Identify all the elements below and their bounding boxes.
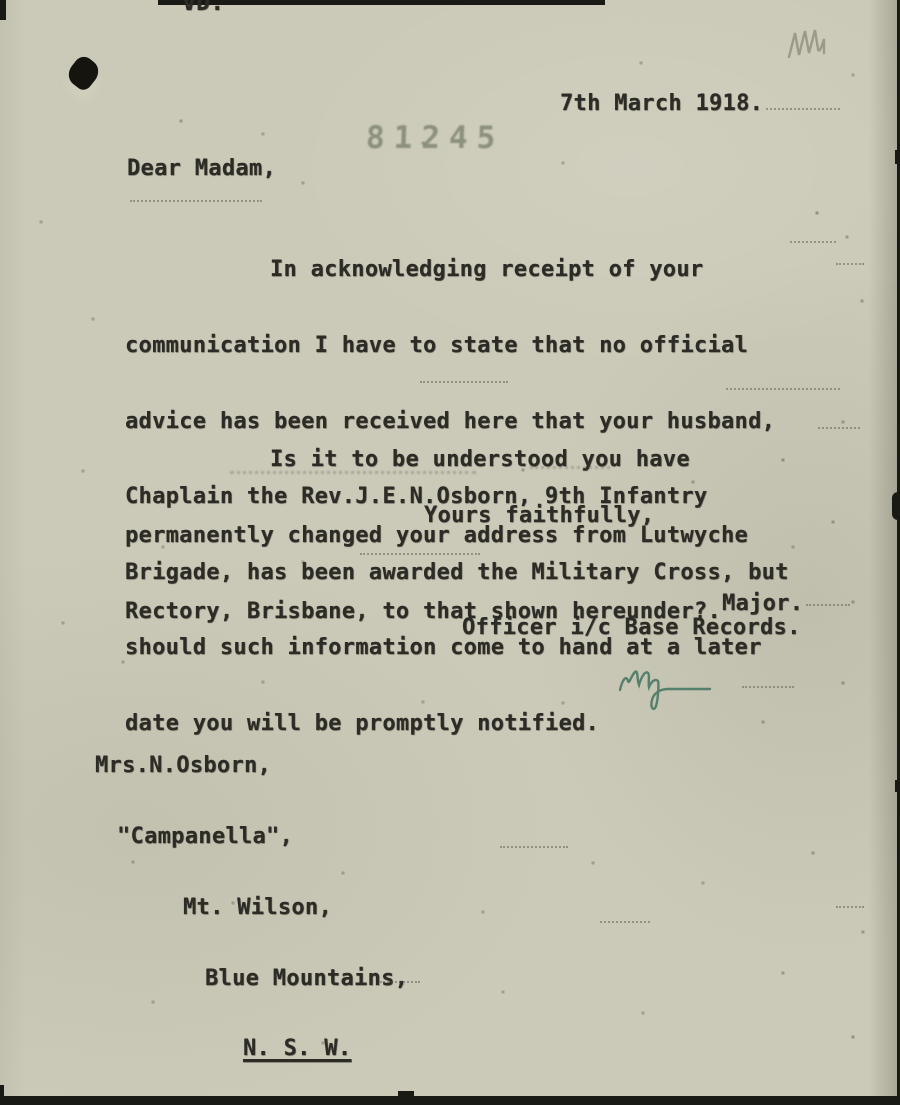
ink-dots-trail-5 (726, 388, 840, 390)
punch-hole-mark (64, 53, 104, 93)
ink-dots-trail-13 (836, 906, 864, 908)
paper-speckles (0, 0, 2, 2)
scan-right-edge-blob (892, 492, 900, 520)
top-margin-mark: VD. (182, 0, 224, 16)
ink-dots-trail-9 (742, 686, 794, 688)
ink-dots-trail-3 (836, 263, 864, 265)
ink-dots-trail-12 (380, 981, 420, 983)
scan-corner-top-left (0, 0, 6, 20)
green-ink-initials (612, 660, 727, 712)
ink-dots-trail-1 (130, 200, 262, 202)
recipient-locality: Mt. Wilson, (95, 896, 408, 920)
recipient-district: Blue Mountains, (95, 967, 408, 991)
pencil-ww-mark (782, 22, 844, 68)
ink-dots-trail-4 (420, 381, 508, 383)
ink-dashes-after-date (766, 108, 840, 110)
scan-top-edge (158, 0, 605, 5)
registry-number-stamp: 81245 (365, 120, 505, 156)
scan-corner-bottom-left (0, 1085, 4, 1105)
paragraph-1-line: In acknowledging receipt of your (125, 257, 825, 282)
signature-office: Officer i/c Base Records. (462, 615, 801, 640)
scan-right-edge-notch (895, 150, 900, 164)
recipient-residence: "Campanella", (95, 825, 408, 849)
ink-dots-trail-6 (818, 427, 860, 429)
ink-smudge-row (230, 471, 476, 474)
paragraph-2-line: Is it to be understood you have (125, 447, 825, 472)
ink-dots-trail-7 (360, 553, 480, 555)
ink-dots-trail-11 (600, 921, 650, 923)
ink-dots-trail-10 (500, 846, 568, 848)
salutation: Dear Madam, (127, 156, 276, 181)
recipient-address: Mrs.N.Osborn, "Campanella", Mt. Wilson, … (95, 707, 408, 1105)
paragraph-1-line: communication I have to state that no of… (125, 333, 825, 358)
ink-dots-trail-8 (806, 604, 850, 606)
recipient-state: N. S. W. (95, 1037, 408, 1061)
closing: Yours faithfully, (424, 503, 654, 528)
scan-right-edge-notch2 (895, 780, 900, 792)
date-line: 7th March 1918. (560, 91, 763, 116)
signature-rank: Major. (722, 591, 803, 616)
recipient-name: Mrs.N.Osborn, (95, 754, 408, 778)
ink-smudge-row-2 (530, 466, 610, 469)
scanned-letter-page: VD. 7th March 1918. 81245 Dear Madam, In… (0, 0, 900, 1105)
